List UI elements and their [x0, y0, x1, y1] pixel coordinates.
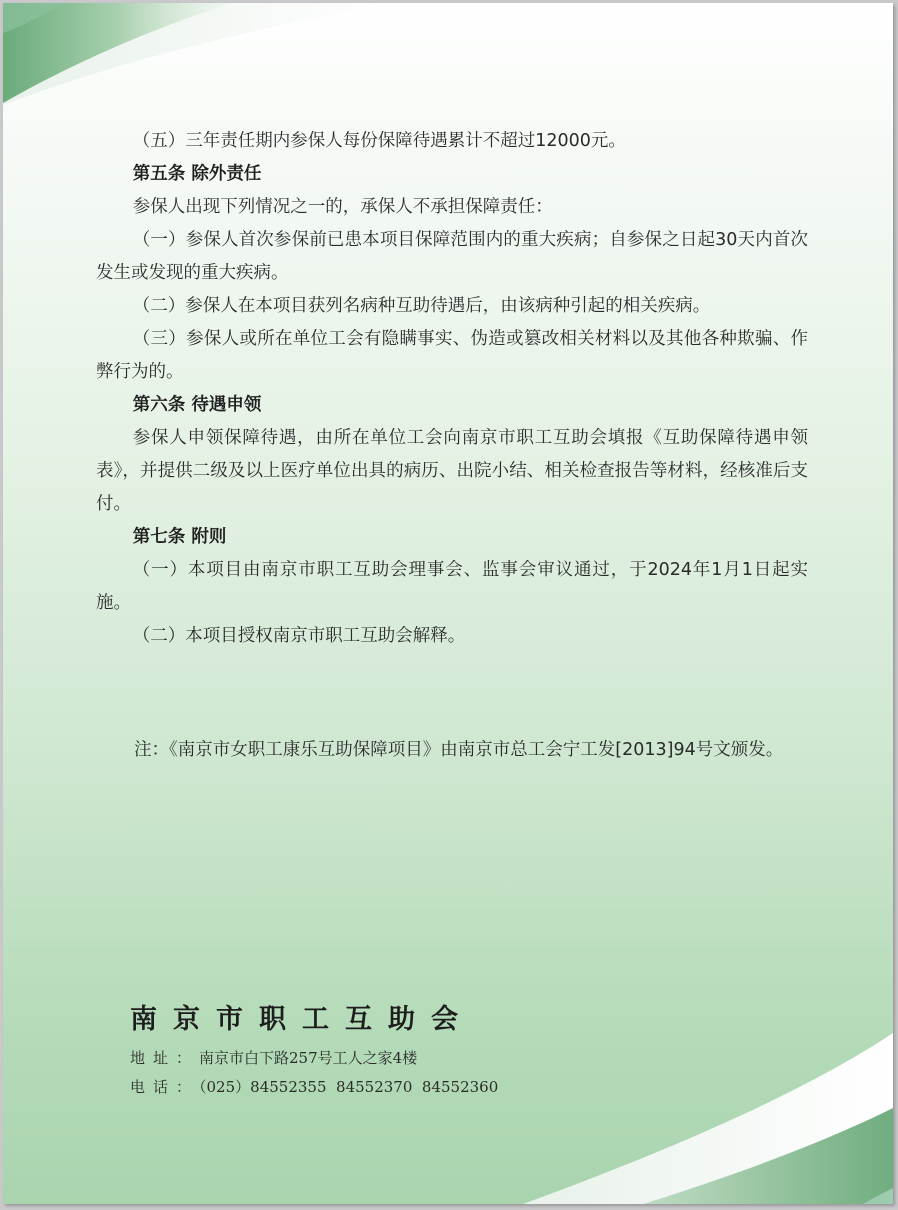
- paragraph-item: （五）三年责任期内参保人每份保障待遇累计不超过12000元。: [96, 125, 808, 158]
- footnote: 注：《南京市女职工康乐互助保障项目》由南京市总工会宁工发[2013]94号文颁发…: [134, 736, 783, 761]
- paragraph-item: （一）参保人首次参保前已患本项目保障范围内的重大疾病；自参保之日起30天内首次发…: [96, 224, 808, 290]
- document-body: （五）三年责任期内参保人每份保障待遇累计不超过12000元。 第五条 除外责任 …: [96, 125, 808, 653]
- paragraph-item: 参保人申领保障待遇，由所在单位工会向南京市职工互助会填报《互助保障待遇申领表》，…: [96, 422, 808, 521]
- paragraph-item: 参保人出现下列情况之一的，承保人不承担保障责任：: [96, 191, 808, 224]
- document-page: （五）三年责任期内参保人每份保障待遇累计不超过12000元。 第五条 除外责任 …: [3, 3, 893, 1204]
- address-value: 南京市白下路257号工人之家4楼: [199, 1049, 417, 1067]
- paragraph-item: （一）本项目由南京市职工互助会理事会、监事会审议通过，于2024年1月1日起实施…: [96, 554, 808, 620]
- paragraph-item: （二）本项目授权南京市职工互助会解释。: [96, 620, 808, 653]
- paragraph-item: （二）参保人在本项目获列名病种互助待遇后，由该病种引起的相关疾病。: [96, 290, 808, 323]
- address-label: 地址：: [130, 1049, 199, 1067]
- section-heading-article-6: 第六条 待遇申领: [96, 389, 808, 422]
- section-heading-article-7: 第七条 附则: [96, 521, 808, 554]
- paragraph-item: （三）参保人或所在单位工会有隐瞒事实、伪造或篡改相关材料以及其他各种欺骗、作弊行…: [96, 323, 808, 389]
- organization-name: 南京市职工互助会: [130, 997, 474, 1036]
- phone-value: （025）84552355 84552370 84552360: [199, 1078, 498, 1096]
- phone-line: 电话：（025）84552355 84552370 84552360: [130, 1076, 498, 1097]
- address-line: 地址：南京市白下路257号工人之家4楼: [130, 1047, 417, 1068]
- phone-label: 电话：: [130, 1078, 199, 1096]
- section-heading-article-5: 第五条 除外责任: [96, 158, 808, 191]
